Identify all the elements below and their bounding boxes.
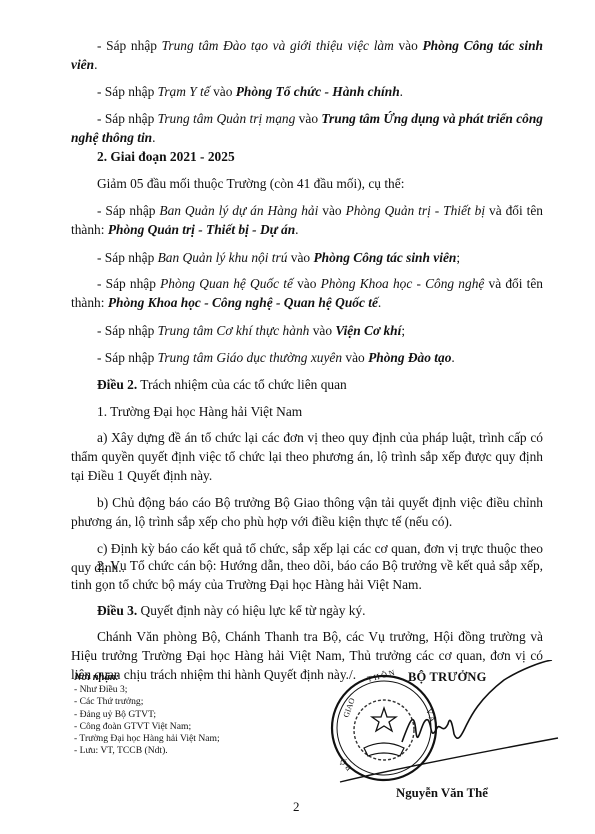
- recipient-item: - Lưu: VT, TCCB (Ndt).: [74, 745, 220, 757]
- emphasis-text: Phòng Quan hệ Quốc tế: [160, 276, 293, 291]
- recipient-item: - Công đoàn GTVT Việt Nam;: [74, 721, 220, 733]
- plain-text: - Sáp nhập: [97, 203, 159, 218]
- emphasis-text: Trung tâm Đào tạo và giới thiệu việc làm: [162, 38, 394, 53]
- article-2-item1-heading: 1. Trường Đại học Hàng hải Việt Nam: [71, 402, 543, 421]
- signer-name: Nguyễn Văn Thể: [396, 786, 488, 801]
- recipient-item: - Như Điều 3;: [74, 684, 220, 696]
- plain-text: vào: [394, 38, 423, 53]
- emphasis-text: Phòng Khoa học - Công nghệ: [321, 276, 485, 291]
- plain-text: vào: [293, 276, 321, 291]
- recipient-item: - Đảng uỷ Bộ GTVT;: [74, 709, 220, 721]
- emphasis-text: Trung tâm Cơ khí thực hành: [158, 323, 310, 338]
- article-2-item1-a: a) Xây dựng đề án tổ chức lại các đơn vị…: [71, 428, 543, 485]
- plain-text: vào: [309, 323, 335, 338]
- phase2-heading: 2. Giai đoạn 2021 - 2025: [71, 147, 543, 166]
- emphasis-text: Trung tâm Giáo dục thường xuyên: [158, 350, 342, 365]
- plain-text: .: [152, 130, 155, 145]
- recipient-item: - Các Thứ trưởng;: [74, 696, 220, 708]
- emphasis-text: Viện Cơ khí: [335, 323, 401, 338]
- plain-text: .: [378, 295, 381, 310]
- recipients-title: Nơi nhận:: [74, 672, 220, 684]
- article-2-heading: Điều 2. Trách nhiệm của các tổ chức liên…: [71, 375, 543, 394]
- emphasis-text: Phòng Công tác sinh viên: [313, 250, 456, 265]
- article-2-title: Trách nhiệm của các tổ chức liên quan: [137, 377, 347, 392]
- plain-text: vào: [287, 250, 313, 265]
- emphasis-text: Phòng Khoa học - Công nghệ - Quan hệ Quố…: [108, 295, 378, 310]
- plain-text: - Sáp nhập: [97, 350, 158, 365]
- plain-text: - Sáp nhập: [97, 38, 162, 53]
- document-page: - Sáp nhập Trung tâm Đào tạo và giới thi…: [0, 0, 595, 834]
- merge-item: - Sáp nhập Ban Quản lý dự án Hàng hải và…: [71, 201, 543, 239]
- emphasis-text: Ban Quản lý dự án Hàng hải: [159, 203, 318, 218]
- merge-item: - Sáp nhập Trung tâm Quản trị mạng vào T…: [71, 109, 543, 147]
- plain-text: - Sáp nhập: [97, 323, 158, 338]
- plain-text: ;: [456, 250, 460, 265]
- phase2-intro: Giảm 05 đầu mối thuộc Trường (còn 41 đầu…: [71, 174, 543, 193]
- signer-title: BỘ TRƯỞNG: [408, 670, 487, 685]
- emphasis-text: Phòng Quản trị - Thiết bị - Dự án: [108, 222, 295, 237]
- page-number: 2: [293, 799, 300, 815]
- plain-text: ;: [401, 323, 405, 338]
- plain-text: - Sáp nhập: [97, 276, 160, 291]
- plain-text: vào: [295, 111, 321, 126]
- article-3: Điều 3. Quyết định này có hiệu lực kể từ…: [71, 601, 543, 620]
- emphasis-text: Trạm Y tế: [158, 84, 210, 99]
- recipients-list: Nơi nhận: - Như Điều 3; - Các Thứ trưởng…: [74, 672, 220, 757]
- svg-text:GIAO: GIAO: [341, 697, 356, 719]
- plain-text: vào: [210, 84, 236, 99]
- recipient-item: - Trường Đại học Hàng hải Việt Nam;: [74, 733, 220, 745]
- plain-text: .: [451, 350, 454, 365]
- merge-item: - Sáp nhập Trung tâm Cơ khí thực hành và…: [71, 321, 543, 340]
- plain-text: - Sáp nhập: [97, 84, 158, 99]
- plain-text: .: [400, 84, 403, 99]
- emphasis-text: Phòng Quản trị - Thiết bị: [346, 203, 486, 218]
- article-3-label: Điều 3.: [97, 603, 137, 618]
- emphasis-text: Trung tâm Quản trị mạng: [158, 111, 296, 126]
- plain-text: vào: [318, 203, 345, 218]
- article-3-text: Quyết định này có hiệu lực kể từ ngày ký…: [137, 603, 365, 618]
- plain-text: - Sáp nhập: [97, 111, 158, 126]
- signature-block: GIAO T H Ô N V Ậ B Ộ BỘ TRƯỞNG Nguyễn Vă…: [330, 660, 560, 810]
- article-2-label: Điều 2.: [97, 377, 137, 392]
- merge-item: - Sáp nhập Trung tâm Đào tạo và giới thi…: [71, 36, 543, 74]
- svg-text:B Ộ: B Ộ: [337, 756, 353, 773]
- plain-text: .: [94, 57, 97, 72]
- plain-text: .: [295, 222, 298, 237]
- merge-item: - Sáp nhập Trung tâm Giáo dục thường xuy…: [71, 348, 543, 367]
- merge-item: - Sáp nhập Ban Quản lý khu nội trú vào P…: [71, 248, 543, 267]
- article-2-item2: 2. Vụ Tổ chức cán bộ: Hướng dẫn, theo dõ…: [71, 556, 543, 594]
- emphasis-text: Phòng Đào tạo: [368, 350, 451, 365]
- plain-text: - Sáp nhập: [97, 250, 158, 265]
- article-2-item1-b: b) Chủ động báo cáo Bộ trưởng Bộ Giao th…: [71, 493, 543, 531]
- merge-item: - Sáp nhập Phòng Quan hệ Quốc tế vào Phò…: [71, 274, 543, 312]
- merge-item: - Sáp nhập Trạm Y tế vào Phòng Tổ chức -…: [71, 82, 543, 101]
- emphasis-text: Ban Quản lý khu nội trú: [158, 250, 288, 265]
- emphasis-text: Phòng Tổ chức - Hành chính: [236, 84, 400, 99]
- plain-text: vào: [342, 350, 368, 365]
